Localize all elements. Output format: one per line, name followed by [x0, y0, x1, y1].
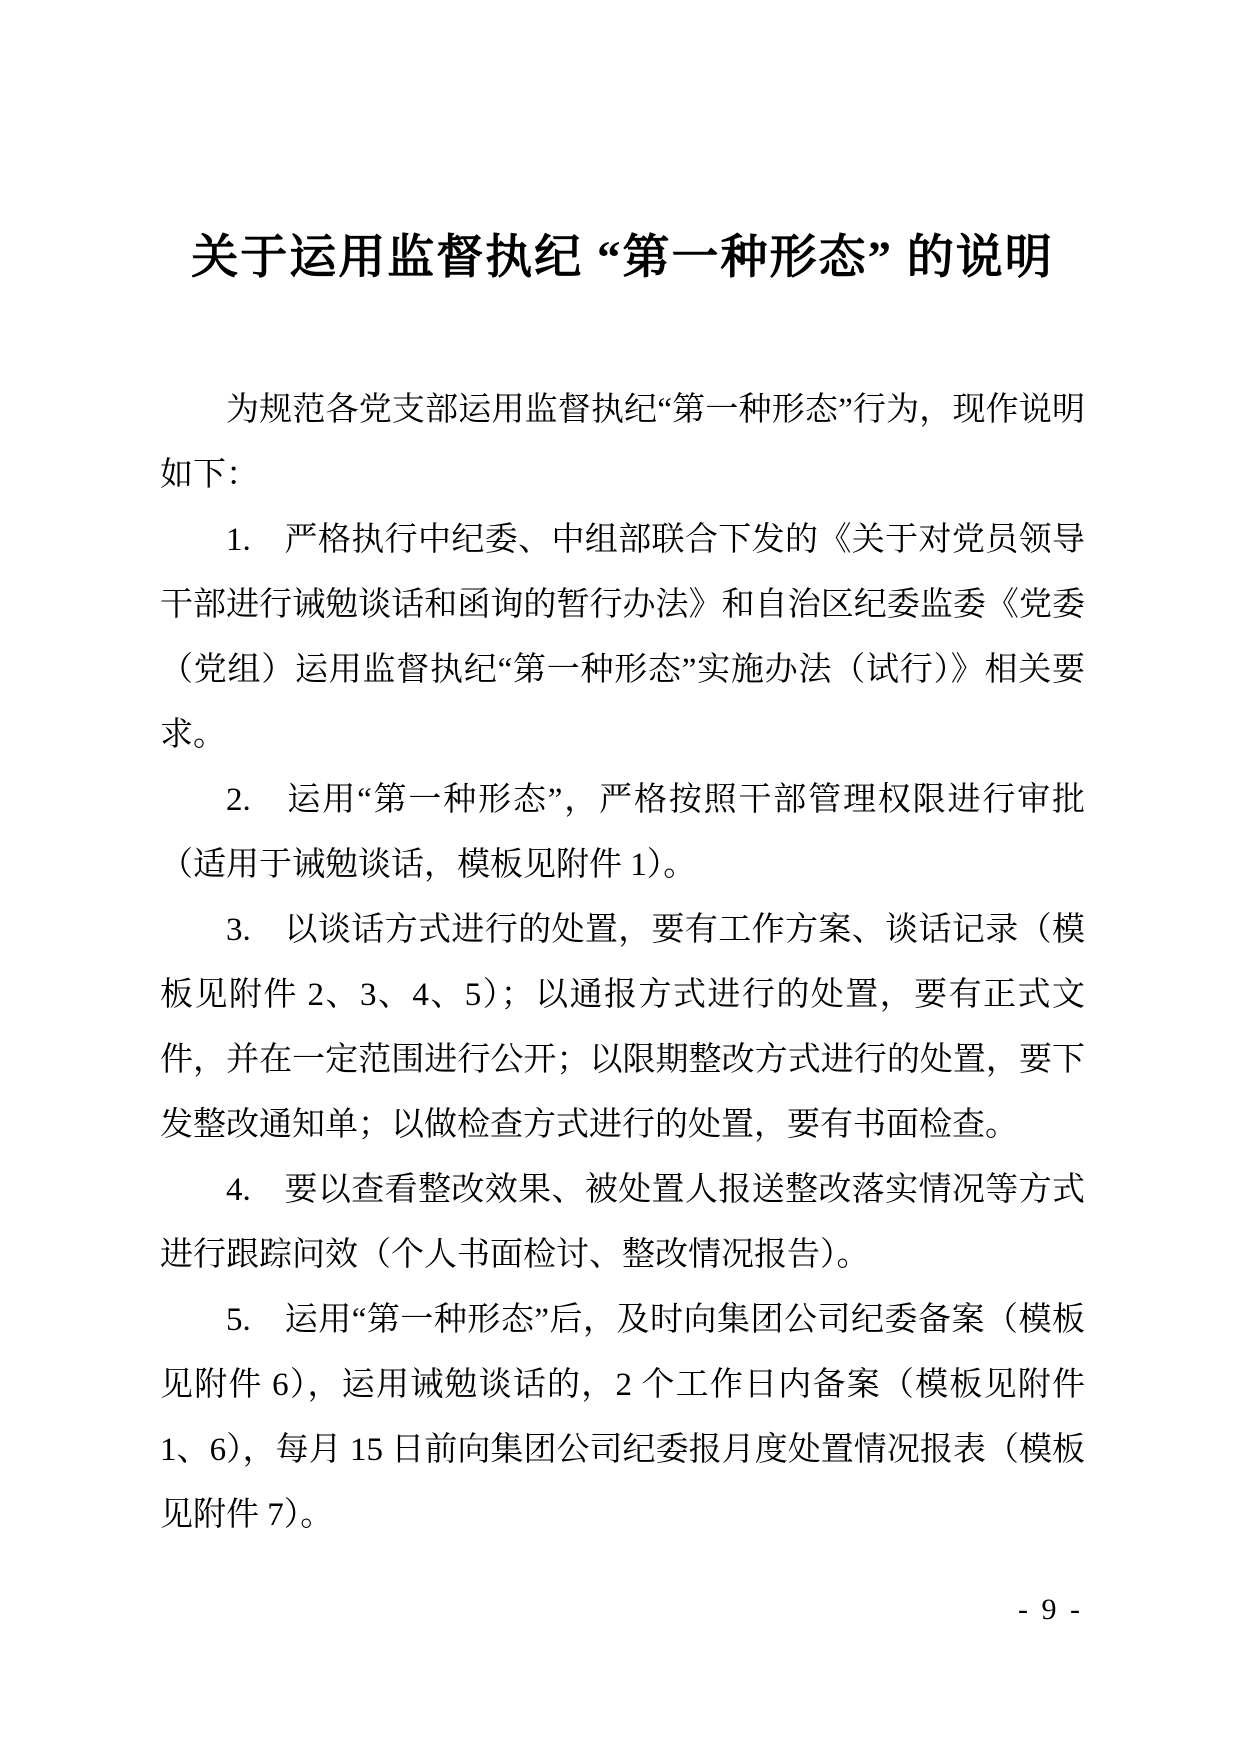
item-4-paragraph: 4. 要以查看整改效果、被处置人报送整改落实情况等方式进行跟踪问效（个人书面检讨… [160, 1158, 1085, 1288]
document-title: 关于运用监督执纪 “第一种形态” 的说明 [160, 228, 1085, 288]
intro-paragraph: 为规范各党支部运用监督执纪“第一种形态”行为，现作说明如下： [160, 378, 1085, 508]
item-1-paragraph: 1. 严格执行中纪委、中组部联合下发的《关于对党员领导干部进行诫勉谈话和函询的暂… [160, 508, 1085, 768]
item-5-paragraph: 5. 运用“第一种形态”后，及时向集团公司纪委备案（模板见附件 6），运用诫勉谈… [160, 1288, 1085, 1548]
page-number: - 9 - [1018, 1592, 1083, 1628]
document-body: 为规范各党支部运用监督执纪“第一种形态”行为，现作说明如下： 1. 严格执行中纪… [160, 378, 1085, 1548]
document-page: 关于运用监督执纪 “第一种形态” 的说明 为规范各党支部运用监督执纪“第一种形态… [0, 0, 1241, 1754]
document-content: 关于运用监督执纪 “第一种形态” 的说明 为规范各党支部运用监督执纪“第一种形态… [160, 0, 1085, 1548]
item-3-paragraph: 3. 以谈话方式进行的处置，要有工作方案、谈话记录（模板见附件 2、3、4、5）… [160, 898, 1085, 1158]
item-2-paragraph: 2. 运用“第一种形态”，严格按照干部管理权限进行审批（适用于诫勉谈话，模板见附… [160, 768, 1085, 898]
